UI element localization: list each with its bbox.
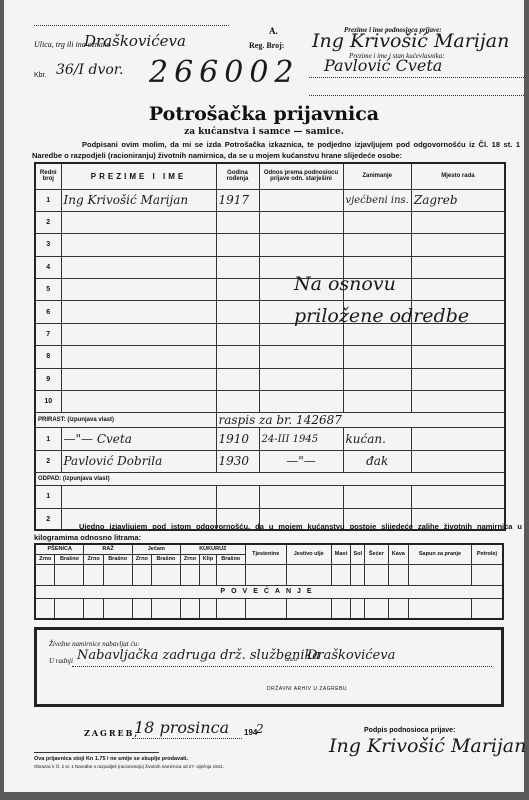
occupation-value: đak xyxy=(366,454,388,468)
occupation-cell[interactable] xyxy=(343,391,411,413)
reg-label: Reg. Broj: xyxy=(249,41,284,50)
col-header-occupation: Zanimanje xyxy=(343,163,411,189)
table-row: 1 Ing Krivošić Marijan 1917 vjećbeni ins… xyxy=(35,189,505,211)
stock-cell[interactable] xyxy=(151,598,180,619)
relation-value: 24-III 1945 xyxy=(262,434,319,445)
stock-cell[interactable] xyxy=(151,564,180,585)
name-cell[interactable] xyxy=(61,346,216,368)
house-number-label: Kbr. xyxy=(34,72,46,79)
stock-increase-row: POVEĆANJE xyxy=(35,585,503,598)
workplace-cell[interactable] xyxy=(411,211,505,233)
year-cell[interactable] xyxy=(216,301,259,323)
decrease-label: ODPAD: (izpunjava vlast) xyxy=(35,473,505,486)
handwritten-note: Na osnovu priložene odredbe xyxy=(294,268,469,332)
stock-cell[interactable] xyxy=(245,598,286,619)
sub-header-grain: Zrno xyxy=(180,554,199,564)
stock-cell[interactable] xyxy=(331,564,351,585)
stock-cell[interactable] xyxy=(351,598,365,619)
sub-header-flour: Brašno xyxy=(55,554,84,564)
table-row: 9 xyxy=(35,368,505,390)
year-cell[interactable] xyxy=(216,391,259,413)
relation-cell[interactable] xyxy=(259,486,343,508)
name-value: Pavlović Dobrila xyxy=(64,454,163,468)
row-number: 1 xyxy=(35,189,61,211)
col-header-soap: Sapun za pranje xyxy=(409,544,472,564)
stock-increase-label: POVEĆANJE xyxy=(35,585,503,598)
stock-cell[interactable] xyxy=(216,598,245,619)
stock-cell[interactable] xyxy=(84,598,103,619)
row-number: 8 xyxy=(35,346,61,368)
occupation-cell[interactable] xyxy=(343,486,411,508)
form-reference-note: Obrazac k čl. 2 st. 1 Naredbe o razpodje… xyxy=(34,764,224,769)
stock-cell[interactable] xyxy=(103,598,132,619)
year-cell[interactable]: 1910 xyxy=(216,428,259,450)
occupation-cell[interactable] xyxy=(343,346,411,368)
workplace-cell[interactable] xyxy=(411,391,505,413)
row-number: 2 xyxy=(35,211,61,233)
year-value: 1917 xyxy=(219,193,250,207)
form-subtitle: za kućanstva i samce — samice. xyxy=(4,127,524,137)
col-header-name: PREZIME I IME xyxy=(61,163,216,189)
year-cell[interactable]: 1917 xyxy=(216,189,259,211)
signature-label: Podpis podnosioca prijave: xyxy=(364,727,455,734)
shop-street-label: ulica xyxy=(285,657,297,663)
col-header-wheat: PŠENICA xyxy=(35,544,84,554)
row-number: 7 xyxy=(35,323,61,345)
workplace-cell[interactable] xyxy=(411,368,505,390)
stock-cell[interactable] xyxy=(55,598,84,619)
street-value[interactable]: Draškovićeva xyxy=(84,32,186,50)
signature[interactable]: Ing Krivošić Marijan xyxy=(329,735,526,757)
name-cell[interactable] xyxy=(61,211,216,233)
year-cell[interactable] xyxy=(216,486,259,508)
name-cell[interactable] xyxy=(61,391,216,413)
stock-cell[interactable] xyxy=(132,598,151,619)
year-cell[interactable] xyxy=(216,256,259,278)
year-cell[interactable] xyxy=(216,368,259,390)
stock-cell[interactable] xyxy=(103,564,132,585)
year-cell[interactable] xyxy=(216,279,259,301)
stock-cell[interactable] xyxy=(388,598,409,619)
shop-value[interactable]: Nabavljačka zadruga drž. službenika xyxy=(77,648,320,663)
stock-cell[interactable] xyxy=(351,564,365,585)
col-header-coffee: Kava xyxy=(388,544,409,564)
stock-cell[interactable] xyxy=(35,598,55,619)
name-cell[interactable] xyxy=(61,279,216,301)
name-value: Ing Krivošić Marijan xyxy=(64,193,189,207)
top-dotted-line xyxy=(34,25,229,26)
stock-cell[interactable] xyxy=(286,598,331,619)
year-cell[interactable] xyxy=(216,346,259,368)
stock-cell[interactable] xyxy=(180,598,199,619)
stock-cell[interactable] xyxy=(409,598,472,619)
stock-increase-values-row xyxy=(35,598,503,619)
name-cell[interactable] xyxy=(61,234,216,256)
table-row: 2 Pavlović Dobrila 1930 —"— đak xyxy=(35,450,505,472)
shop-dotted-line xyxy=(72,666,492,667)
note-line-1: Na osnovu xyxy=(294,268,469,300)
stock-group-header-row: PŠENICA RAŽ Ječam KUKURUZ Tjestenine Jes… xyxy=(35,544,503,554)
stock-cell[interactable] xyxy=(84,564,103,585)
year-cell[interactable] xyxy=(216,234,259,256)
year-value: 1910 xyxy=(219,432,250,446)
relation-cell[interactable] xyxy=(259,346,343,368)
sub-header-cob: Klip xyxy=(200,554,217,564)
sub-header-flour: Brašno xyxy=(103,554,132,564)
year-cell[interactable] xyxy=(216,323,259,345)
col-header-oil: Jestivo ulje xyxy=(286,544,331,564)
stock-cell[interactable] xyxy=(331,598,351,619)
relation-cell[interactable] xyxy=(259,234,343,256)
year-cell[interactable] xyxy=(216,211,259,233)
col-header-salt: Sol xyxy=(351,544,365,564)
col-header-birth-year: Godina rođenja xyxy=(216,163,259,189)
workplace-cell[interactable] xyxy=(411,450,505,472)
date-dotted-line xyxy=(132,738,242,739)
workplace-cell[interactable] xyxy=(411,486,505,508)
stock-cell[interactable] xyxy=(245,564,286,585)
increase-section-row: PRIRAST: (izpunjava vlast) raspis za br.… xyxy=(35,413,505,428)
sub-header-grain: Zrno xyxy=(84,554,103,564)
stock-cell[interactable] xyxy=(132,564,151,585)
col-header-corn: KUKURUZ xyxy=(180,544,245,554)
occupation-value: kućan. xyxy=(346,432,386,446)
name-cell[interactable] xyxy=(61,486,216,508)
relation-cell[interactable]: —"— xyxy=(259,450,343,472)
stock-cell[interactable] xyxy=(180,564,199,585)
row-number: 10 xyxy=(35,391,61,413)
row-number: 5 xyxy=(35,279,61,301)
name-cell[interactable]: Ing Krivošić Marijan xyxy=(61,189,216,211)
col-header-number: Redni broj xyxy=(35,163,61,189)
stock-cell[interactable] xyxy=(35,564,55,585)
house-number-value[interactable]: 36/I dvor. xyxy=(56,62,123,78)
row-number: 1 xyxy=(35,486,61,508)
stock-intro-text: Ujedno izjavljujem pod istom odgovornošć… xyxy=(34,521,522,543)
workplace-cell[interactable] xyxy=(411,346,505,368)
relation-cell[interactable]: 24-III 1945 xyxy=(259,428,343,450)
col-header-rye: RAŽ xyxy=(84,544,132,554)
table-row: 1 —"— Cveta 1910 24-III 1945 kućan. xyxy=(35,428,505,450)
shop-label: U radnji xyxy=(49,657,73,665)
name-cell[interactable]: —"— Cveta xyxy=(61,428,216,450)
name-cell[interactable] xyxy=(61,323,216,345)
name-cell[interactable] xyxy=(61,256,216,278)
stock-cell[interactable] xyxy=(55,564,84,585)
stock-cell[interactable] xyxy=(365,598,388,619)
table-row: 10 xyxy=(35,391,505,413)
stock-cell[interactable] xyxy=(286,564,331,585)
archive-stamp: DRŽAVNI ARHIV U ZAGREBU xyxy=(267,686,347,692)
occupation-cell[interactable]: đak xyxy=(343,450,411,472)
stock-cell[interactable] xyxy=(200,564,217,585)
col-header-lard: Mast xyxy=(331,544,351,564)
col-header-pasta: Tjestenine xyxy=(245,544,286,564)
stock-cell[interactable] xyxy=(409,564,472,585)
row-number: 9 xyxy=(35,368,61,390)
table-row: 2 xyxy=(35,211,505,233)
date-value[interactable]: 18 prosinca xyxy=(134,718,229,737)
footer-rule xyxy=(34,752,159,753)
registration-number[interactable]: 266002 xyxy=(149,55,300,90)
name-cell[interactable] xyxy=(61,368,216,390)
intro-text: Podpisani ovim molim, da mi se izda Potr… xyxy=(32,139,520,161)
name-cell[interactable] xyxy=(61,301,216,323)
sub-header-flour: Brašno xyxy=(216,554,245,564)
col-header-workplace: Mjesto rada xyxy=(411,163,505,189)
occupation-cell[interactable] xyxy=(343,211,411,233)
sub-header-flour: Brašno xyxy=(151,554,180,564)
relation-value: —"— xyxy=(286,454,316,468)
sub-header-grain: Zrno xyxy=(132,554,151,564)
table-row: 3 xyxy=(35,234,505,256)
owner-name[interactable]: Pavlović Cveta xyxy=(324,56,442,75)
name-value: —"— Cveta xyxy=(64,432,132,446)
row-number: 1 xyxy=(35,428,61,450)
workplace-value: Zagreb xyxy=(414,193,458,207)
relation-cell[interactable] xyxy=(259,391,343,413)
occupation-cell[interactable] xyxy=(343,368,411,390)
supply-label: Živežne namirnice nabavljat ću: xyxy=(49,640,139,648)
owner-dotted-line-2 xyxy=(309,95,524,96)
price-note: Ova prijavnica stoji Kn 1.75 i ne smije … xyxy=(34,756,188,762)
owner-dotted-line xyxy=(309,77,524,78)
col-header-barley: Ječam xyxy=(132,544,180,554)
note-line-2: priložene odredbe xyxy=(294,300,469,332)
shop-street-value[interactable]: Draškovićeva xyxy=(307,648,395,663)
applicant-name[interactable]: Ing Krivošić Marijan xyxy=(312,30,509,52)
stock-cell[interactable] xyxy=(365,564,388,585)
name-cell[interactable]: Pavlović Dobrila xyxy=(61,450,216,472)
persons-table: Redni broj PREZIME I IME Godina rođenja … xyxy=(34,162,506,531)
form-letter: A. xyxy=(269,26,278,36)
persons-header-row: Redni broj PREZIME I IME Godina rođenja … xyxy=(35,163,505,189)
sub-header-grain: Zrno xyxy=(35,554,55,564)
row-number: 4 xyxy=(35,256,61,278)
row-number: 2 xyxy=(35,450,61,472)
city-label: ZAGREB, xyxy=(84,728,139,738)
increase-label: PRIRAST: (izpunjava vlast) xyxy=(35,413,216,428)
row-number: 6 xyxy=(35,301,61,323)
occupation-value: vjećbeni ins. xyxy=(346,195,409,206)
workplace-cell[interactable] xyxy=(411,428,505,450)
stock-values-row xyxy=(35,564,503,585)
ration-application-form: Ulica, trg ili ina oznaka Draškovićeva A… xyxy=(4,0,524,792)
supply-box: Živežne namirnice nabavljat ću: U radnji… xyxy=(34,627,504,707)
relation-cell[interactable] xyxy=(259,211,343,233)
workplace-cell[interactable] xyxy=(411,234,505,256)
year-cell[interactable]: 1930 xyxy=(216,450,259,472)
stock-cell[interactable] xyxy=(216,564,245,585)
occupation-cell[interactable]: kućan. xyxy=(343,428,411,450)
stock-cell[interactable] xyxy=(471,564,503,585)
relation-cell[interactable] xyxy=(259,189,343,211)
col-header-petroleum: Petrolej xyxy=(471,544,503,564)
workplace-cell[interactable]: Zagreb xyxy=(411,189,505,211)
increase-note: raspis za br. 142687 xyxy=(219,413,342,427)
form-title: Potrošačka prijavnica xyxy=(4,103,524,125)
year-suffix[interactable]: 2 xyxy=(256,722,264,736)
stock-cell[interactable] xyxy=(200,598,217,619)
occupation-cell[interactable]: vjećbeni ins. xyxy=(343,189,411,211)
food-stock-table: PŠENICA RAŽ Ječam KUKURUZ Tjestenine Jes… xyxy=(34,543,504,620)
decrease-section-row: ODPAD: (izpunjava vlast) xyxy=(35,473,505,486)
occupation-cell[interactable] xyxy=(343,234,411,256)
col-header-relation: Odnos prema podnosiocu prijave odn. star… xyxy=(259,163,343,189)
stock-cell[interactable] xyxy=(471,598,503,619)
increase-note-cell[interactable]: raspis za br. 142687 xyxy=(216,413,505,428)
col-header-sugar: Šećer xyxy=(365,544,388,564)
year-value: 1930 xyxy=(219,454,250,468)
table-row: 1 xyxy=(35,486,505,508)
table-row: 8 xyxy=(35,346,505,368)
row-number: 3 xyxy=(35,234,61,256)
relation-cell[interactable] xyxy=(259,368,343,390)
stock-cell[interactable] xyxy=(388,564,409,585)
